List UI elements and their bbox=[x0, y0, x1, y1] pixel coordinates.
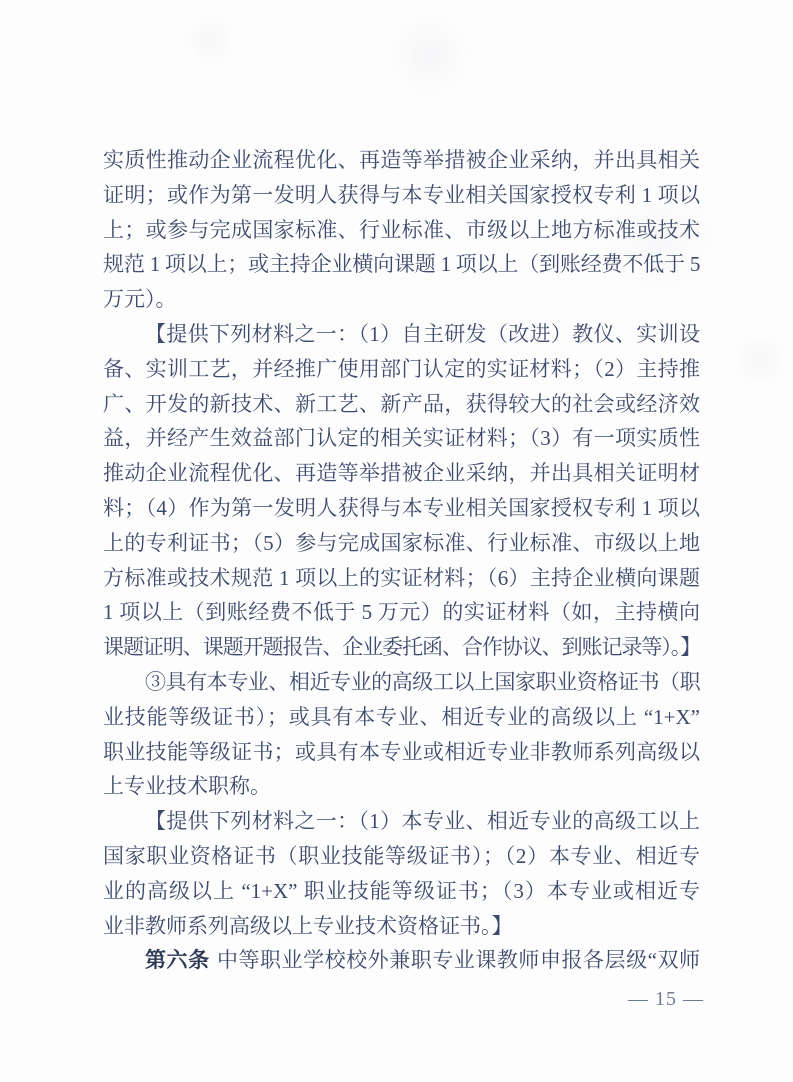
text-run: 中等职业学校校外兼职专业课教师申报各层级“双师 bbox=[217, 948, 700, 972]
text-line: ③具有本专业、相近专业的高级工以上国家职业资格证书（职 bbox=[103, 665, 700, 700]
text-line: 备、实训工艺，并经推广使用部门认定的实证材料；（2）主持推 bbox=[103, 352, 700, 387]
text-line: 推动企业流程优化、再造等举措被企业采纳，并出具相关证明材 bbox=[103, 456, 700, 491]
text-line: 业技能等级证书）；或具有本专业、相近专业的高级以上 “1+X” bbox=[103, 700, 700, 735]
text-line: 1 项以上（到账经费不低于 5 万元）的实证材料（如，主持横向 bbox=[103, 595, 700, 630]
document-page: 实质性推动企业流程优化、再造等举措被企业采纳，并出具相关证明；或作为第一发明人获… bbox=[0, 0, 793, 1082]
text-line: 实质性推动企业流程优化、再造等举措被企业采纳，并出具相关 bbox=[103, 143, 700, 178]
text-line: 第六条中等职业学校校外兼职专业课教师申报各层级“双师 bbox=[103, 943, 700, 978]
text-line: 上专业技术职称。 bbox=[103, 769, 700, 804]
text-line: 证明；或作为第一发明人获得与本专业相关国家授权专利 1 项以 bbox=[103, 178, 700, 213]
text-line: 上的专利证书；（5）参与完成国家标准、行业标准、市级以上地 bbox=[103, 526, 700, 561]
page-number: — 15 — bbox=[628, 988, 748, 1011]
text-line: 上；或参与完成国家标准、行业标准、市级以上地方标准或技术 bbox=[103, 213, 700, 248]
text-line: 【提供下列材料之一：（1）自主研发（改进）教仪、实训设 bbox=[103, 317, 700, 352]
text-line: 国家职业资格证书（职业技能等级证书）；（2）本专业、相近专 bbox=[103, 839, 700, 874]
text-line: 课题证明、课题开题报告、企业委托函、合作协议、到账记录等）。】 bbox=[103, 630, 700, 665]
text-line: 万元）。 bbox=[103, 282, 700, 317]
text-line: 广、开发的新技术、新工艺、新产品，获得较大的社会或经济效 bbox=[103, 387, 700, 422]
text-line: 【提供下列材料之一：（1）本专业、相近专业的高级工以上 bbox=[103, 804, 700, 839]
text-line: 业的高级以上 “1+X” 职业技能等级证书；（3）本专业或相近专 bbox=[103, 874, 700, 909]
text-line: 规范 1 项以上；或主持企业横向课题 1 项以上（到账经费不低于 5 bbox=[103, 247, 700, 282]
document-body: 实质性推动企业流程优化、再造等举措被企业采纳，并出具相关证明；或作为第一发明人获… bbox=[103, 143, 700, 978]
text-line: 业非教师系列高级以上专业技术资格证书。】 bbox=[103, 909, 700, 944]
text-line: 料；（4）作为第一发明人获得与本专业相关国家授权专利 1 项以 bbox=[103, 491, 700, 526]
text-line: 方标准或技术规范 1 项以上的实证材料；（6）主持企业横向课题 bbox=[103, 561, 700, 596]
text-line: 益，并经产生效益部门认定的相关实证材料；（3）有一项实质性 bbox=[103, 421, 700, 456]
article-number-label: 第六条 bbox=[145, 948, 210, 972]
text-line: 职业技能等级证书；或具有本专业或相近专业非教师系列高级以 bbox=[103, 735, 700, 770]
